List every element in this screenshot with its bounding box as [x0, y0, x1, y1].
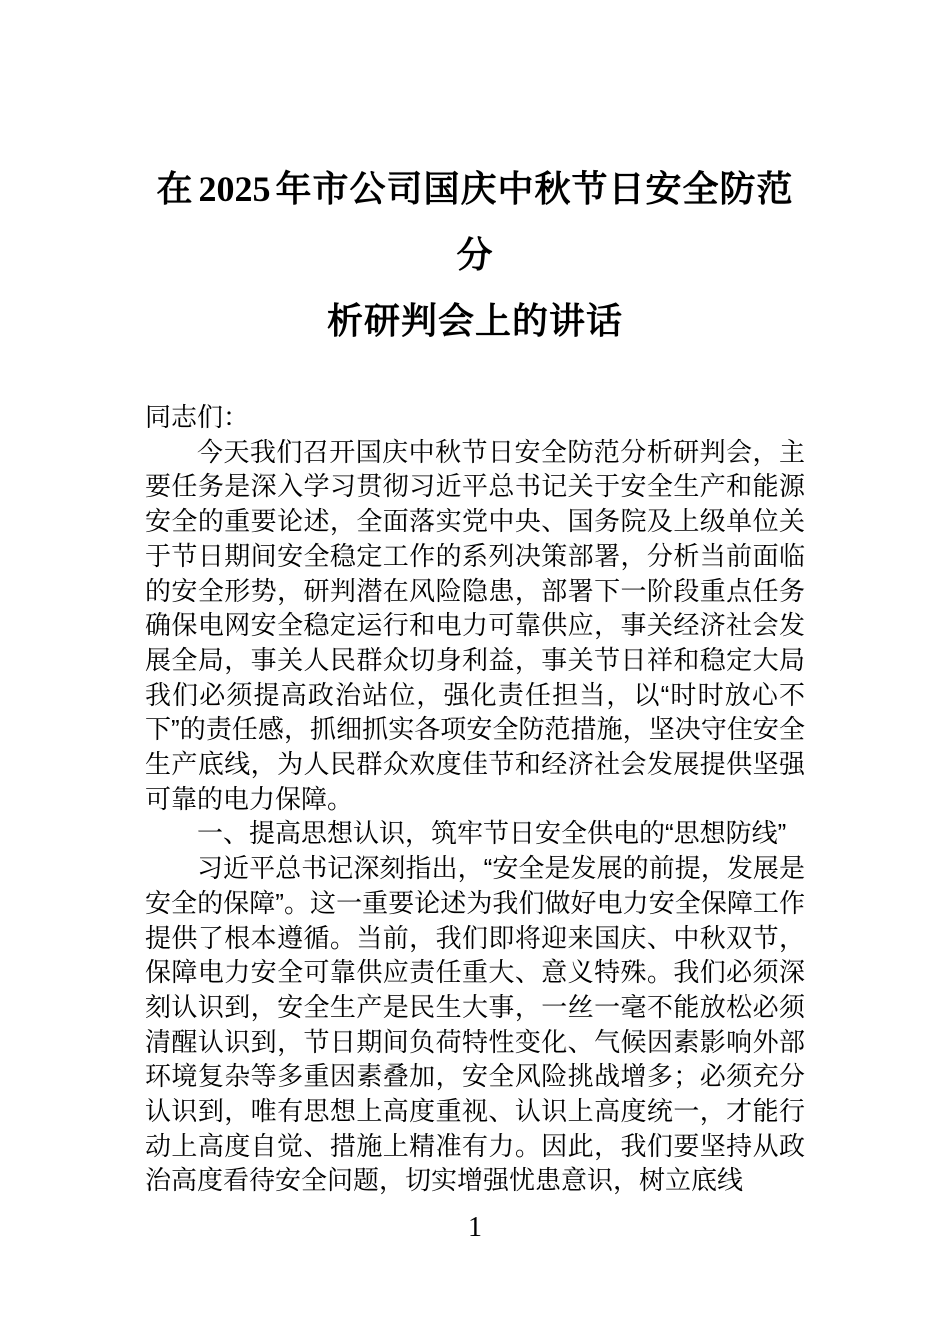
section-heading: 一、提高思想认识，筑牢节日安全供电的“思想防线”	[145, 816, 805, 851]
document-title: 在2025年市公司国庆中秋节日安全防范分 析研判会上的讲话	[145, 156, 805, 354]
title-year: 2025	[199, 169, 271, 209]
salutation: 同志们：	[145, 400, 805, 435]
page-number: 1	[145, 1212, 805, 1244]
document-body: 同志们： 今天我们召开国庆中秋节日安全防范分析研判会，主要任务是深入学习贯彻习近…	[145, 400, 805, 1198]
document-page: 在2025年市公司国庆中秋节日安全防范分 析研判会上的讲话 同志们： 今天我们召…	[0, 156, 950, 1244]
body-paragraph: 今天我们召开国庆中秋节日安全防范分析研判会，主要任务是深入学习贯彻习近平总书记关…	[145, 435, 805, 817]
title-line1-suffix: 年市公司国庆中秋节日安全防范分	[276, 168, 794, 275]
title-line1-prefix: 在	[156, 168, 193, 209]
title-line2: 析研判会上的讲话	[145, 288, 805, 354]
body-paragraph: 习近平总书记深刻指出，“安全是发展的前提，发展是安全的保障”。这一重要论述为我们…	[145, 851, 805, 1198]
